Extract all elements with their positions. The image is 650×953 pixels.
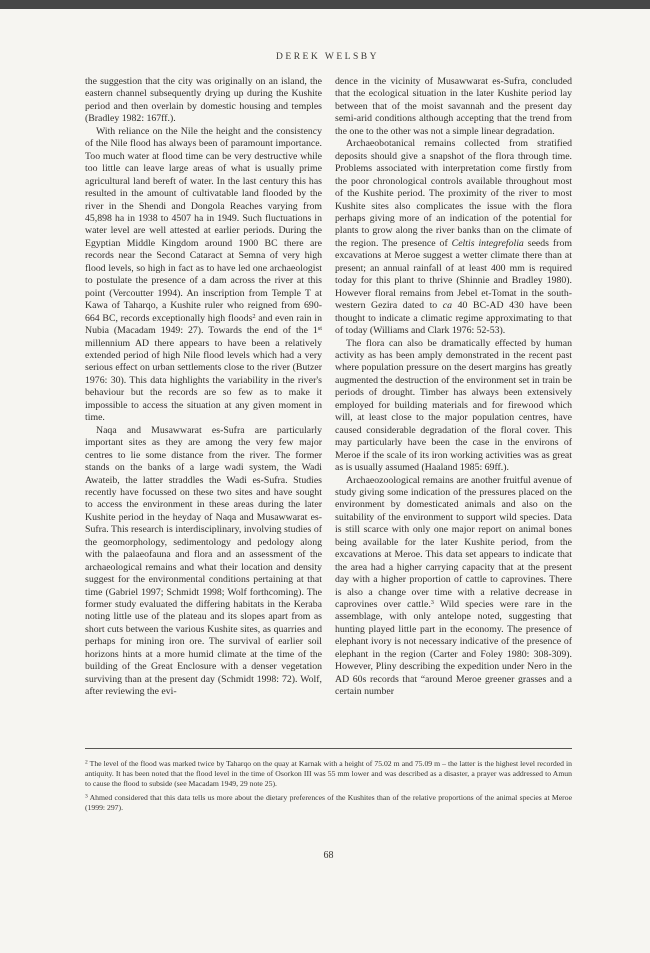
paragraph-text: Archaeozoological remains are another fr… bbox=[335, 475, 572, 611]
footnote-2: 2 The level of the flood was marked twic… bbox=[85, 759, 572, 790]
footnote-section: 2 The level of the flood was marked twic… bbox=[85, 748, 572, 816]
running-header-author: DEREK WELSBY bbox=[85, 52, 570, 62]
footnote-3: 3 Ahmed considered that this data tells … bbox=[85, 793, 572, 813]
footnote-divider bbox=[85, 748, 572, 749]
footnote-text: The level of the flood was marked twice … bbox=[85, 759, 572, 788]
paragraph-archaeobotanical: Archaeobotanical remains collected from … bbox=[335, 138, 572, 337]
paragraph-text: Wild species were rare in the assemblage… bbox=[335, 599, 572, 697]
scanned-book-page: DEREK WELSBY the suggestion that the cit… bbox=[0, 0, 650, 953]
paragraph-text: Archaeobotanical remains collected from … bbox=[335, 138, 572, 249]
paragraph-nile-flood: With reliance on the Nile the height and… bbox=[85, 126, 322, 425]
paragraph-archaeozoological: Archaeozoological remains are another fr… bbox=[335, 475, 572, 699]
footnote-text: Ahmed considered that this data tells us… bbox=[85, 793, 572, 812]
paragraph-text: With reliance on the Nile the height and… bbox=[85, 126, 322, 324]
paragraph-text: millennium AD there appears to have been… bbox=[85, 338, 322, 424]
scan-edge-artifact bbox=[0, 0, 650, 9]
ordinal-superscript: st bbox=[318, 325, 322, 332]
paragraph-continuation: the suggestion that the city was origina… bbox=[85, 76, 322, 126]
paragraph-continuation: dence in the vicinity of Musawwarat es-S… bbox=[335, 76, 572, 138]
paragraph-naqa-musawwarat: Naqa and Musawwarat es-Sufra are particu… bbox=[85, 425, 322, 699]
right-column: dence in the vicinity of Musawwarat es-S… bbox=[335, 76, 572, 699]
text-columns: the suggestion that the city was origina… bbox=[85, 76, 572, 699]
left-column: the suggestion that the city was origina… bbox=[85, 76, 322, 699]
species-name-italic: Celtis integrefolia bbox=[452, 238, 524, 249]
page-number: 68 bbox=[85, 850, 572, 861]
circa-italic: ca bbox=[443, 300, 452, 311]
paragraph-flora-human-activity: The flora can also be dramatically effec… bbox=[335, 338, 572, 475]
